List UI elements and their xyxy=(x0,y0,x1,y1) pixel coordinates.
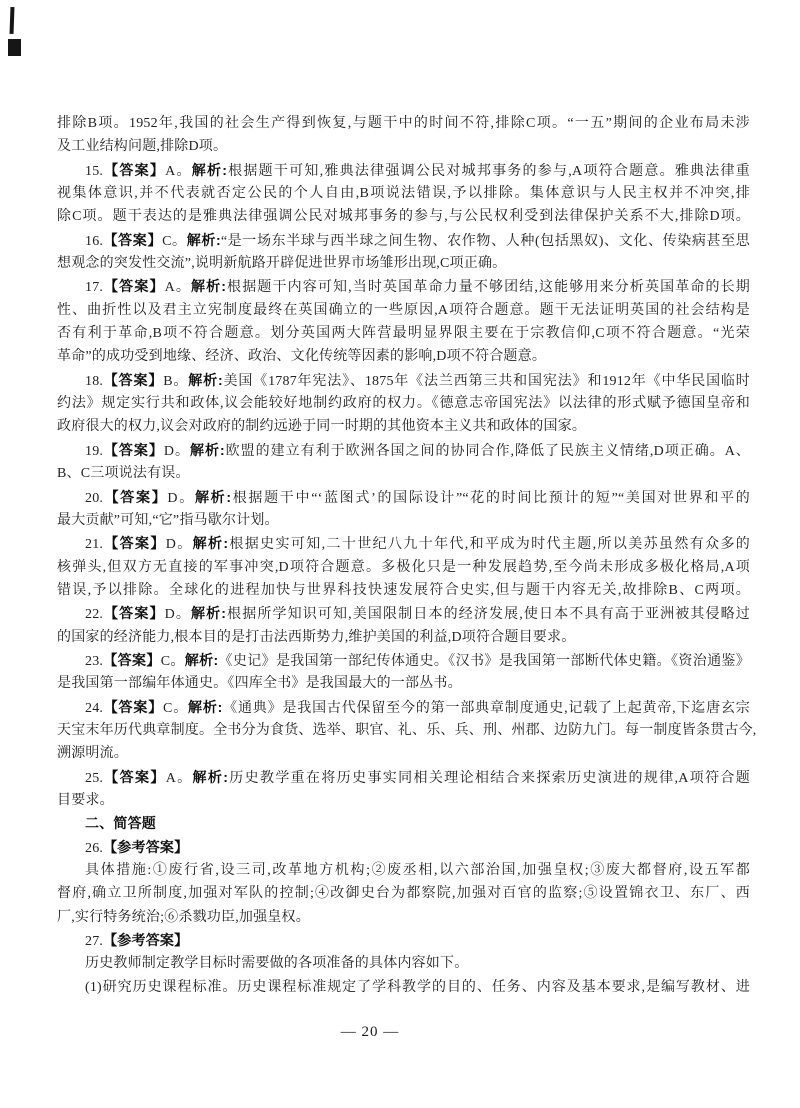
text-line: 排除B项。1952年,我国的社会生产得到恢复,与题干中的时间不符,排除C项。“一… xyxy=(57,112,750,135)
text-segment: D。 xyxy=(166,537,193,552)
text-segment: 17. xyxy=(85,280,103,295)
text-line: 17.【答案】A。解析:根据题干内容可知,当时英国革命力量不够团结,这能够用来分… xyxy=(57,275,750,298)
bold-label: 解析: xyxy=(193,769,229,785)
bold-label: 【答案】 xyxy=(103,278,164,294)
text-segment: A。 xyxy=(166,771,193,786)
text-segment: 24. xyxy=(85,701,103,716)
text-segment: 欧盟的建立有利于欧洲各国之间的协同合作,降低了民族主义情绪,D项正确。A、 xyxy=(225,444,750,459)
text-line: 20.【答案】D。解析:根据题干中“‘蓝图式’的国际设计”“花的时间比预计的短”… xyxy=(57,486,750,509)
bold-label: 解析: xyxy=(185,652,219,668)
scanned-answer-page: 排除B项。1952年,我国的社会生产得到恢复,与题干中的时间不符,排除C项。“一… xyxy=(0,0,800,1108)
answer-key-text: 排除B项。1952年,我国的社会生产得到恢复,与题干中的时间不符,排除C项。“一… xyxy=(57,112,750,999)
text-line: 具体措施:①废行省,设三司,改革地方机构;②废丞相,以六部治国,加强皇权;③废大… xyxy=(57,859,750,882)
bold-label: 【答案】 xyxy=(103,372,163,388)
text-segment: 约法》规定实行共和政体,议会能较好地制约政府的权力。《德意志帝国宪法》以法律的形… xyxy=(57,396,750,411)
bold-label: 解析: xyxy=(191,605,226,621)
text-segment: 根据题干可知,雅典法律强调公民对城邦事务的参与,A项符合题意。雅典法律重 xyxy=(227,164,750,179)
text-line: 性、曲折性以及君主立宪制度最终在英国确立的一些原因,A项符合题意。题干无法证明英… xyxy=(57,299,750,322)
text-line: 否有利于革命,B项不符合题意。划分英国两大阵营最明显界限主要在于宗教信仰,C项不… xyxy=(57,322,750,345)
bold-label: 【参考答案】 xyxy=(103,839,188,855)
text-line: 除C项。题干表达的是雅典法律强调公民对城邦事务的参与,与公民权利受到法律保护关系… xyxy=(57,205,750,228)
text-segment: 天宝末年历代典章制度。全书分为食货、选举、职官、礼、乐、兵、刑、州郡、边防九门。… xyxy=(57,723,757,738)
text-segment: D。 xyxy=(164,444,190,459)
bold-label: 解析: xyxy=(187,232,221,248)
text-segment: 16. xyxy=(85,234,103,249)
bold-label: 【答案】 xyxy=(103,605,164,621)
text-segment: 的国家的经济能力,根本目的是打击法西斯势力,维护美国的利益,D项符合题目要求。 xyxy=(57,630,575,645)
text-segment: “是一场东半球与西半球之间生物、农作物、人种(包括黑奴)、文化、传染病甚至思 xyxy=(221,234,750,249)
text-segment: 视集体意识,并不代表就否定公民的个人自由,B项说法错误,予以排除。集体意识与人民… xyxy=(57,186,750,201)
text-line: 是我国第一部编年体通史。《四库全书》是我国最大的一部丛书。 xyxy=(57,672,750,695)
bold-label: 解析: xyxy=(188,372,223,388)
bold-label: 解析: xyxy=(195,489,231,505)
text-segment: 具体措施:①废行省,设三司,改革地方机构;②废丞相,以六部治国,加强皇权;③废大… xyxy=(85,863,750,878)
text-line: B、C三项说法有误。 xyxy=(57,462,750,485)
text-segment: 26. xyxy=(85,841,103,856)
scan-artifact-blob xyxy=(8,39,21,56)
bold-label: 【答案】 xyxy=(103,699,163,715)
page-footer: — 20 — xyxy=(0,1024,740,1041)
text-segment: C。 xyxy=(163,701,188,716)
text-segment: 23. xyxy=(85,654,103,669)
text-segment: D。 xyxy=(167,491,195,506)
text-line: 天宝末年历代典章制度。全书分为食货、选举、职官、礼、乐、兵、刑、州郡、边防九门。… xyxy=(57,719,750,742)
bold-label: 【答案】 xyxy=(103,535,166,551)
page-number: — 20 — xyxy=(341,1024,400,1040)
text-segment: A。 xyxy=(165,280,191,295)
text-segment: 政府很大的权力,议会对政府的制约远逊于同一时期的其他资本主义共和政体的国家。 xyxy=(57,419,586,434)
text-segment: 想观念的突发性交流”,说明新航路开辟促进世界市场雏形出现,C项正确。 xyxy=(57,256,506,271)
text-segment: 督府,确立卫所制度,加强对军队的控制;④改御史台为都察院,加强对百官的监察;⑤设… xyxy=(57,886,750,901)
text-segment: 否有利于革命,B项不符合题意。划分英国两大阵营最明显界限主要在于宗教信仰,C项不… xyxy=(57,326,750,341)
text-segment: 25. xyxy=(85,771,103,786)
bold-label: 解析: xyxy=(188,699,223,715)
text-line: 政府很大的权力,议会对政府的制约远逊于同一时期的其他资本主义共和政体的国家。 xyxy=(57,415,750,438)
text-segment: 27. xyxy=(85,934,103,949)
bold-label: 解析: xyxy=(192,162,227,178)
text-segment: C。 xyxy=(162,234,187,249)
text-line: 22.【答案】D。解析:根据所学知识可知,美国限制日本的经济发展,使日本不具有高… xyxy=(57,602,750,625)
text-line: 16.【答案】C。解析:“是一场东半球与西半球之间生物、农作物、人种(包括黑奴)… xyxy=(57,229,750,252)
text-segment: 根据题干内容可知,当时英国革命力量不够团结,这能够用来分析英国革命的长期 xyxy=(226,280,750,295)
text-line: 督府,确立卫所制度,加强对军队的控制;④改御史台为都察院,加强对百官的监察;⑤设… xyxy=(57,882,750,905)
text-line: (1)研究历史课程标准。历史课程标准规定了学科教学的目的、任务、内容及基本要求,… xyxy=(57,976,750,999)
text-segment: 根据所学知识可知,美国限制日本的经济发展,使日本不具有高于亚洲被其侵略过 xyxy=(226,607,750,622)
text-line: 及工业结构问题,排除D项。 xyxy=(57,135,750,158)
text-line: 18.【答案】B。解析:美国《1787年宪法》、1875年《法兰西第三共和国宪法… xyxy=(57,369,750,392)
text-segment: 19. xyxy=(85,444,103,459)
text-segment: 21. xyxy=(85,537,103,552)
text-segment: 《史记》是我国第一部纪传体通史。《汉书》是我国第一部断代体史籍。《资治通鉴》 xyxy=(218,654,750,669)
text-line: 视集体意识,并不代表就否定公民的个人自由,B项说法错误,予以排除。集体意识与人民… xyxy=(57,182,750,205)
text-segment: 《通典》是我国古代保留至今的第一部典章制度通史,记载了上起黄帝,下迄唐玄宗 xyxy=(223,701,750,716)
text-segment: 历史教师制定教学目标时需要做的各项准备的具体内容如下。 xyxy=(85,956,468,971)
text-segment: (1)研究历史课程标准。历史课程标准规定了学科教学的目的、任务、内容及基本要求,… xyxy=(85,980,750,995)
text-segment: B、C三项说法有误。 xyxy=(57,466,190,481)
text-segment: 15. xyxy=(85,164,103,179)
bold-label: 【答案】 xyxy=(103,162,165,178)
bold-label: 二、简答题 xyxy=(85,815,156,831)
text-line: 核弹头,但双方无直接的军事冲突,D项符合题意。多极化只是一种发展趋势,至今尚未形… xyxy=(57,556,750,579)
text-segment: 是我国第一部编年体通史。《四库全书》是我国最大的一部丛书。 xyxy=(57,676,462,691)
text-line: 最大贡献”可知,“它”指马歇尔计划。 xyxy=(57,509,750,532)
text-line: 错误,予以排除。全球化的进程加快与世界科技快速发展符合史实,但与题干内容无关,故… xyxy=(57,579,750,602)
text-line: 历史教师制定教学目标时需要做的各项准备的具体内容如下。 xyxy=(57,952,750,975)
bold-label: 【参考答案】 xyxy=(103,932,188,948)
bold-label: 解析: xyxy=(190,442,225,458)
text-segment: 性、曲折性以及君主立宪制度最终在英国确立的一些原因,A项符合题意。题干无法证明英… xyxy=(57,303,750,318)
text-segment: C。 xyxy=(161,654,185,669)
text-line: 24.【答案】C。解析:《通典》是我国古代保留至今的第一部典章制度通史,记载了上… xyxy=(57,696,750,719)
text-segment: 根据题干中“‘蓝图式’的国际设计”“花的时间比预计的短”“美国对世界和平的 xyxy=(231,491,750,506)
bold-label: 【答案】 xyxy=(103,769,166,785)
text-segment: 目要求。 xyxy=(57,793,114,808)
text-segment: 及工业结构问题,排除D项。 xyxy=(57,139,227,154)
bold-label: 【答案】 xyxy=(103,489,167,505)
text-segment: B。 xyxy=(163,374,188,389)
bold-label: 解析: xyxy=(193,535,229,551)
text-segment: 美国《1787年宪法》、1875年《法兰西第三共和国宪法》和1912年《中华民国… xyxy=(223,374,750,389)
text-segment: 20. xyxy=(85,491,103,506)
bold-label: 【答案】 xyxy=(103,232,162,248)
text-segment: 溯源明流。 xyxy=(57,746,128,761)
text-segment: 除C项。题干表达的是雅典法律强调公民对城邦事务的参与,与公民权利受到法律保护关系… xyxy=(57,209,750,224)
text-line: 19.【答案】D。解析:欧盟的建立有利于欧洲各国之间的协同合作,降低了民族主义情… xyxy=(57,439,750,462)
text-line: 23.【答案】C。解析:《史记》是我国第一部纪传体通史。《汉书》是我国第一部断代… xyxy=(57,649,750,672)
text-line: 想观念的突发性交流”,说明新航路开辟促进世界市场雏形出现,C项正确。 xyxy=(57,252,750,275)
text-segment: 错误,予以排除。全球化的进程加快与世界科技快速发展符合史实,但与题干内容无关,故… xyxy=(57,583,750,598)
text-line: 溯源明流。 xyxy=(57,742,750,765)
scan-artifact-bar xyxy=(10,7,15,34)
text-line: 革命”的成功受到地缘、经济、政治、文化传统等因素的影响,D项不符合题意。 xyxy=(57,345,750,368)
bold-label: 【答案】 xyxy=(103,652,161,668)
bold-label: 【答案】 xyxy=(103,442,164,458)
text-segment: 22. xyxy=(85,607,103,622)
text-line: 21.【答案】D。解析:根据史实可知,二十世纪八九十年代,和平成为时代主题,所以… xyxy=(57,532,750,555)
text-segment: 核弹头,但双方无直接的军事冲突,D项符合题意。多极化只是一种发展趋势,至今尚未形… xyxy=(57,560,750,575)
text-line: 的国家的经济能力,根本目的是打击法西斯势力,维护美国的利益,D项符合题目要求。 xyxy=(57,626,750,649)
text-segment: 历史教学重在将历史事实同相关理论相结合来探索历史演进的规律,A项符合题 xyxy=(228,771,750,786)
text-segment: D。 xyxy=(165,607,191,622)
text-line: 二、简答题 xyxy=(57,812,750,835)
text-segment: 排除B项。1952年,我国的社会生产得到恢复,与题干中的时间不符,排除C项。“一… xyxy=(57,116,750,131)
text-line: 15.【答案】A。解析:根据题干可知,雅典法律强调公民对城邦事务的参与,A项符合… xyxy=(57,159,750,182)
text-line: 约法》规定实行共和政体,议会能较好地制约政府的权力。《德意志帝国宪法》以法律的形… xyxy=(57,392,750,415)
text-line: 27.【参考答案】 xyxy=(57,929,750,952)
text-segment: 革命”的成功受到地缘、经济、政治、文化传统等因素的影响,D项不符合题意。 xyxy=(57,349,546,364)
text-line: 25.【答案】A。解析:历史教学重在将历史事实同相关理论相结合来探索历史演进的规… xyxy=(57,766,750,789)
text-segment: 18. xyxy=(85,374,103,389)
text-segment: 最大贡献”可知,“它”指马歇尔计划。 xyxy=(57,513,279,528)
text-line: 目要求。 xyxy=(57,789,750,812)
text-segment: 厂,实行特务统治;⑥杀戮功臣,加强皇权。 xyxy=(57,910,310,925)
bold-label: 解析: xyxy=(191,278,226,294)
text-line: 26.【参考答案】 xyxy=(57,836,750,859)
text-line: 厂,实行特务统治;⑥杀戮功臣,加强皇权。 xyxy=(57,906,750,929)
text-segment: A。 xyxy=(165,164,192,179)
text-segment: 根据史实可知,二十世纪八九十年代,和平成为时代主题,所以美苏虽然有众多的 xyxy=(228,537,750,552)
